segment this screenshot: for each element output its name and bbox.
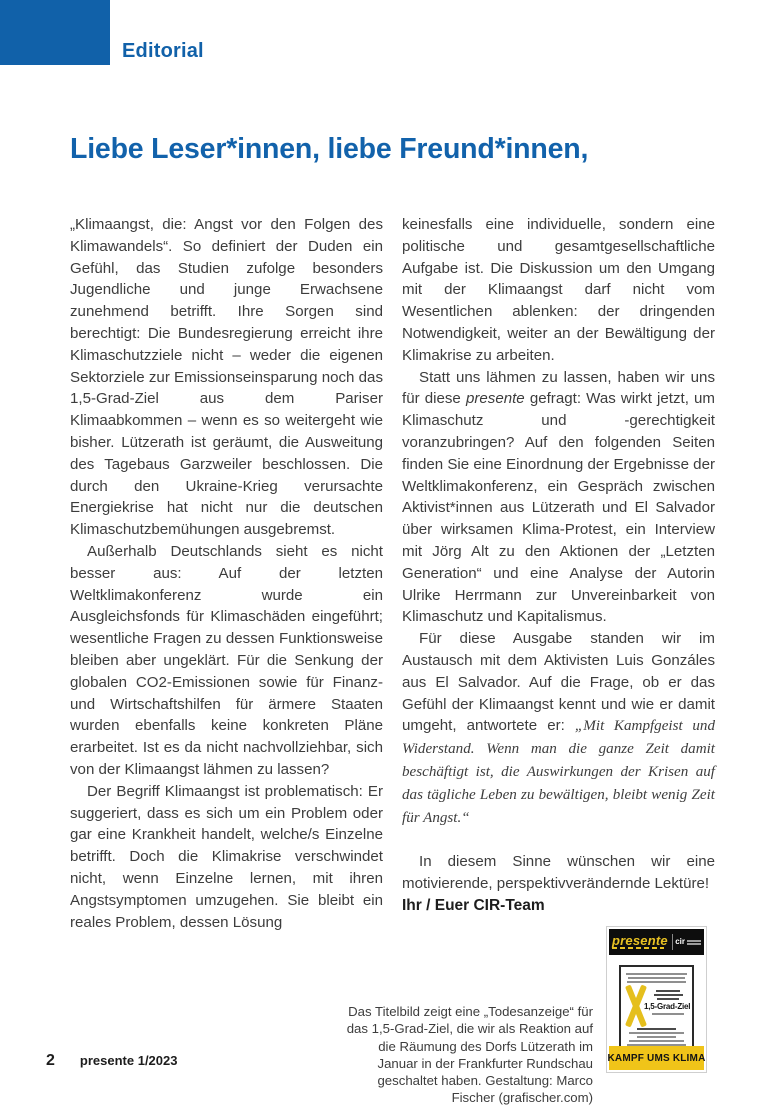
paragraph: keinesfalls eine individuelle, sondern e… [402, 214, 715, 367]
signature: Ihr / Euer CIR-Team [402, 895, 715, 917]
issue-label: presente 1/2023 [80, 1053, 178, 1068]
paragraph: Statt uns lähmen zu lassen, haben wir un… [402, 367, 715, 629]
editorial-page: Editorial Liebe Leser*innen, liebe Freun… [0, 0, 768, 1107]
page-number: 2 [46, 1052, 55, 1070]
cir-logo: cir [675, 938, 685, 946]
image-caption: Das Titelbild zeigt eine „Todesanzeige“ … [342, 1003, 593, 1107]
cover-thumbnail: presente cir 1,5-Grad-Zie [606, 926, 707, 1073]
cover-masthead: presente cir [609, 929, 704, 955]
paragraph: Der Begriff Klimaangst ist problematisch… [70, 781, 383, 934]
article-column-2: keinesfalls eine individuelle, sondern e… [402, 214, 715, 933]
paragraph: Für diese Ausgabe standen wir im Austaus… [402, 628, 715, 829]
paragraph: Außerhalb Deutschlands sieht es nicht be… [70, 541, 383, 781]
paragraph: „Klimaangst, die: Angst vor den Folgen d… [70, 214, 383, 541]
presente-logo: presente [612, 935, 668, 949]
notice-fine-print-top [624, 973, 689, 983]
page-title: Liebe Leser*innen, liebe Freund*innen, [70, 133, 730, 166]
paragraph: In diesem Sinne wünschen wir eine motivi… [402, 851, 715, 895]
cover-banner: KAMPF UMS KLIMA [609, 1046, 704, 1070]
corner-accent-block [0, 0, 110, 65]
death-notice: 1,5-Grad-Ziel [619, 965, 694, 1057]
article-column-1: „Klimaangst, die: Angst vor den Folgen d… [70, 214, 383, 933]
article-body: „Klimaangst, die: Angst vor den Folgen d… [70, 214, 715, 933]
x-mark-icon [624, 986, 646, 1024]
page-footer: 2 presente 1/2023 [46, 1052, 177, 1070]
section-label: Editorial [122, 40, 204, 63]
cir-logo-text-lines [687, 940, 701, 945]
notice-title: 1,5-Grad-Ziel [644, 1002, 690, 1011]
